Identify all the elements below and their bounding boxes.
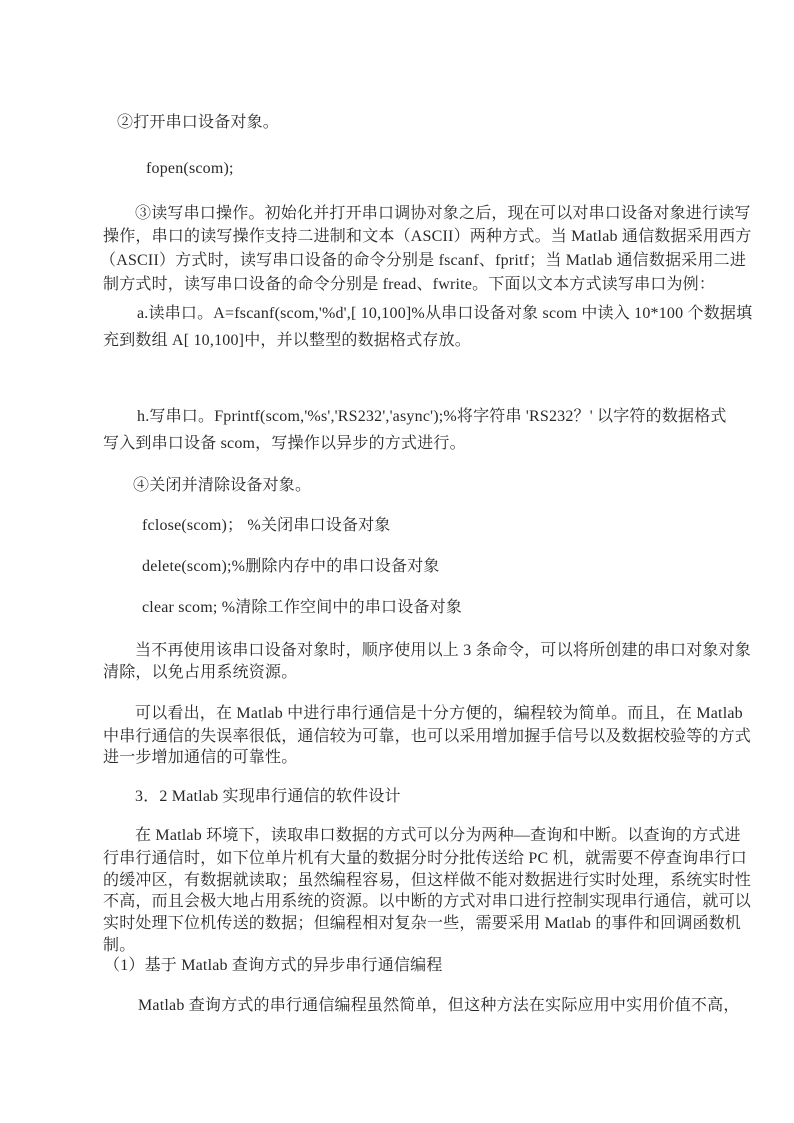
doc-line-env-para-5: 实时处理下位机传送的数据；但编程相对复杂一些，需要采用 Matlab 的事件和回… [103,913,741,934]
document-page: ②打开串口设备对象。 fopen(scom); ③读写串口操作。初始化并打开串口… [0,0,794,1123]
doc-line-env-para-4: 不高，而且会极大地占用系统的资源。以中断的方式对串口进行控制实现串行通信，就可以 [103,891,751,912]
doc-line-code-fclose: fclose(scom)； %关闭串口设备对象 [142,515,391,536]
doc-line-env-para-3: 的缓冲区，有数据就读取；虽然编程容易，但这样做不能对数据进行实时处理，系统实时性 [103,870,751,891]
doc-line-query-para-1: Matlab 查询方式的串行通信编程虽然简单，但这种方法在实际应用中实用价值不高… [138,995,740,1016]
section-heading-3-2: 3．2 Matlab 实现串行通信的软件设计 [135,786,401,807]
doc-line-write-serial-1: h.写串口。Fprintf(scom,'%s','RS232','async')… [137,406,727,427]
doc-line-code-clear: clear scom; %清除工作空间中的串口设备对象 [142,597,462,618]
doc-line-step4-close: ④关闭并清除设备对象。 [133,475,311,496]
doc-line-read-serial-1: a.读串口。A=fscanf(scom,'%d',[ 10,100]%从串口设备… [137,303,752,324]
doc-line-code-fopen: fopen(scom); [146,158,234,179]
doc-line-step2-open: ②打开串口设备对象。 [117,112,279,133]
doc-line-step3-rw-1: ③读写串口操作。初始化并打开串口调协对象之后，现在可以对串口设备对象进行读写 [135,203,751,224]
doc-line-cleanup-note-2: 清除，以免占用系统资源。 [103,662,297,683]
doc-line-step3-rw-3: （ASCII）方式时，读写串口设备的命令分别是 fscanf、fpritf；当 … [100,250,746,271]
doc-line-summary-1: 可以看出，在 Matlab 中进行串行通信是十分方便的，编程较为简单。而且，在 … [135,703,743,724]
doc-line-env-para-6: 制。 [103,935,135,956]
doc-line-summary-2: 中串行通信的失误率很低，通信较为可靠，也可以采用增加握手信号以及数据校验等的方式 [103,726,751,747]
doc-line-read-serial-2: 充到数组 A[ 10,100]中，并以整型的数据格式存放。 [103,330,471,351]
doc-line-cleanup-note-1: 当不再使用该串口设备对象时，顺序使用以上 3 条命令，可以将所创建的串口对象对象 [135,640,751,661]
doc-line-env-para-2: 行串行通信时，如下位单片机有大量的数据分时分批传送给 PC 机，就需要不停查询串… [103,848,747,869]
doc-line-env-para-1: 在 Matlab 环境下，读取串口数据的方式可以分为两种—查询和中断。以查询的方… [135,825,741,846]
doc-line-write-serial-2: 写入到串口设备 scom，写操作以异步的方式进行。 [103,433,466,454]
doc-line-item1-heading: （1）基于 Matlab 查询方式的异步串行通信编程 [104,955,443,976]
doc-line-step3-rw-2: 操作，串口的读写操作支持二进制和文本（ASCII）两种方式。当 Matlab 通… [103,226,752,247]
doc-line-step3-rw-4: 制方式时，读写串口设备的命令分别是 fread、fwrite。下面以文本方式读写… [103,274,715,295]
doc-line-code-delete: delete(scom);%删除内存中的串口设备对象 [142,556,440,577]
doc-line-summary-3: 进一步增加通信的可靠性。 [103,747,297,768]
